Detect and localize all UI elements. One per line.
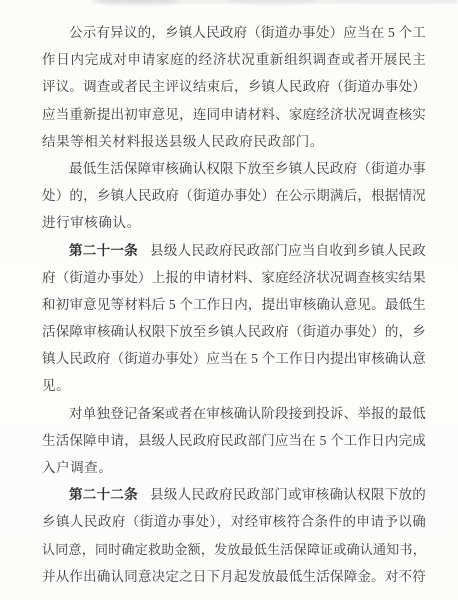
scan-artifact-smudge (98, 0, 178, 4)
line-text: 结果等相关材料报送县级人民政府民政部门。 (42, 134, 324, 149)
document-line: 进行审核确认。 (42, 209, 426, 236)
line-text: 县级人民政府民政部门或审核确认权限下放的 (150, 487, 426, 502)
line-text: 镇人民政府（街道办事处）应当在 5 个工作日内提出审核确认意 (42, 351, 426, 366)
document-line: 认同意，同时确定救助金额，发放最低生活保障证或确认通知书， (42, 536, 426, 563)
document-line: 乡镇人民政府（街道办事处），对经审核符合条件的申请予以确 (42, 508, 426, 535)
line-text: 见。 (42, 378, 70, 393)
document-line: 入户调查。 (42, 454, 426, 481)
document-line: 最低生活保障审核确认权限下放至乡镇人民政府（街道办事 (42, 155, 426, 182)
line-text: 入户调查。 (42, 460, 113, 475)
article-number: 第二十一条 (69, 243, 138, 258)
line-text: 生活保障申请，县级人民政府民政部门应当在 5 个工作日内完成 (42, 433, 426, 448)
document-line: 镇人民政府（街道办事处）应当在 5 个工作日内提出审核确认意 (42, 345, 426, 372)
document-page: 公示有异议的，乡镇人民政府（街道办事处）应当在 5 个工作日内完成对申请家庭的经… (0, 0, 458, 600)
document-line: 府（街道办事处）上报的申请材料、家庭经济状况调查核实结果 (42, 264, 426, 291)
document-line: 第二十一条县级人民政府民政部门应当自收到乡镇人民政 (42, 237, 426, 264)
line-text: 作日内完成对申请家庭的经济状况重新组织调查或者开展民主 (42, 52, 426, 67)
line-text: 县级人民政府民政部门应当自收到乡镇人民政 (150, 243, 426, 258)
document-line: 对单独登记备案或者在审核确认阶段接到投诉、举报的最低 (42, 400, 426, 427)
text-block: 公示有异议的，乡镇人民政府（街道办事处）应当在 5 个工作日内完成对申请家庭的经… (42, 19, 426, 590)
document-line: 活保障审核确认权限下放至乡镇人民政府（街道办事处）的，乡 (42, 318, 426, 345)
line-text: 最低生活保障审核确认权限下放至乡镇人民政府（街道办事 (69, 161, 426, 176)
document-line: 评议。调查或者民主评议结束后，乡镇人民政府（街道办事处） (42, 73, 426, 100)
document-line: 结果等相关材料报送县级人民政府民政部门。 (42, 128, 426, 155)
line-text: 评议。调查或者民主评议结束后，乡镇人民政府（街道办事处） (42, 79, 426, 94)
document-line: 和初审意见等材料后 5 个工作日内，提出审核确认意见。最低生 (42, 291, 426, 318)
line-text: 认同意，同时确定救助金额，发放最低生活保障证或确认通知书， (42, 542, 426, 557)
line-text: 公示有异议的，乡镇人民政府（街道办事处）应当在 5 个工 (69, 25, 426, 40)
document-line: 生活保障申请，县级人民政府民政部门应当在 5 个工作日内完成 (42, 427, 426, 454)
line-text: 府（街道办事处）上报的申请材料、家庭经济状况调查核实结果 (42, 270, 426, 285)
document-line: 见。 (42, 372, 426, 399)
line-text: 应当重新提出初审意见，连同申请材料、家庭经济状况调查核实 (42, 107, 426, 122)
line-text: 活保障审核确认权限下放至乡镇人民政府（街道办事处）的，乡 (42, 324, 426, 339)
line-text: 乡镇人民政府（街道办事处），对经审核符合条件的申请予以确 (42, 514, 426, 529)
line-text: 和初审意见等材料后 5 个工作日内，提出审核确认意见。最低生 (42, 297, 426, 312)
article-number: 第二十二条 (69, 487, 138, 502)
line-text: 处）的，乡镇人民政府（街道办事处）在公示期满后，根据情况 (42, 188, 426, 203)
document-line: 第二十二条县级人民政府民政部门或审核确认权限下放的 (42, 481, 426, 508)
document-line: 作日内完成对申请家庭的经济状况重新组织调查或者开展民主 (42, 46, 426, 73)
line-text: 进行审核确认。 (42, 215, 141, 230)
document-line: 并从作出确认同意决定之日下月起发放最低生活保障金。对不符 (42, 563, 426, 590)
document-line: 公示有异议的，乡镇人民政府（街道办事处）应当在 5 个工 (42, 19, 426, 46)
document-line: 应当重新提出初审意见，连同申请材料、家庭经济状况调查核实 (42, 101, 426, 128)
line-text: 并从作出确认同意决定之日下月起发放最低生活保障金。对不符 (42, 569, 426, 584)
document-line: 处）的，乡镇人民政府（街道办事处）在公示期满后，根据情况 (42, 182, 426, 209)
line-text: 对单独登记备案或者在审核确认阶段接到投诉、举报的最低 (69, 406, 426, 421)
